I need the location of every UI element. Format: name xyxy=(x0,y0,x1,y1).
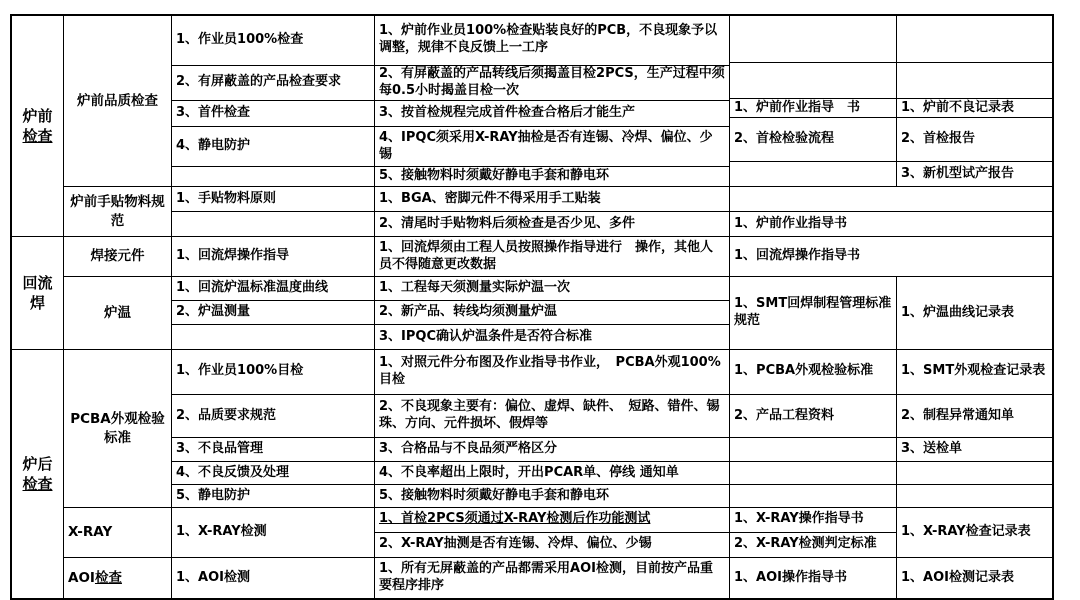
category-cell: 炉前手贴物料规范 xyxy=(64,187,172,236)
item-cell: 1、回流炉温标准温度曲线 xyxy=(172,277,374,301)
record-cell: 2、首检报告 xyxy=(897,118,1052,161)
desc-cell: 3、合格品与不良品须严格区分 xyxy=(375,438,729,462)
item-cell: 1、作业员100%检查 xyxy=(172,16,374,66)
item-column: 1、作业员100%目检 2、品质要求规范 3、不良品管理 4、不良反馈及处理 5… xyxy=(172,350,375,507)
desc-column: 1、工程每天须测量实际炉温一次 2、新产品、转线均须测量炉温 3、IPQC确认炉… xyxy=(375,277,730,349)
record-cell: 1、AOI检测记录表 xyxy=(897,558,1052,598)
item-cell: 4、不良反馈及处理 xyxy=(172,462,374,485)
desc-column: 1、BGA、密脚元件不得采用手工贴装 2、清尾时手贴物料后须检查是否少见、多件 xyxy=(375,187,730,236)
desc-column: 1、炉前作业员100%检查贴装良好的PCB，不良现象予以调整，规律不良反馈上一工… xyxy=(375,16,730,186)
item-cell: 3、不良品管理 xyxy=(172,438,374,462)
doc-column: 1、X-RAY操作指导书 2、X-RAY检测判定标准 xyxy=(730,508,897,557)
desc-cell: 2、不良现象主要有：偏位、虚焊、缺件、 短路、错件、锡珠、方向、元件损坏、假焊等 xyxy=(375,395,729,439)
section-pre-oven: 炉前 检查 炉前品质检查 1、作业员100%检查 2、有屏蔽盖的产品检查要求 3… xyxy=(12,16,1052,237)
band-xray: X-RAY 1、X-RAY检测 1、首检2PCS须通过X-RAY检测后作功能测试… xyxy=(64,508,1052,558)
record-cell xyxy=(897,63,1052,99)
section-bands: PCBA外观检验标准 1、作业员100%目检 2、品质要求规范 3、不良品管理 … xyxy=(64,350,1052,598)
section-bands: 焊接元件 1、回流焊操作指导 1、回流焊须由工程人员按照操作指导进行 操作，其他… xyxy=(64,237,1052,349)
item-cell: 2、品质要求规范 xyxy=(172,395,374,439)
desc-cell: 4、不良率超出上限时，开出PCAR单、停线 通知单 xyxy=(375,462,729,485)
desc-cell: 4、IPQC须采用X-RAY抽检是否有连锡、冷焊、偏位、少锡 xyxy=(375,127,729,167)
stage-cell-pre-oven: 炉前 检查 xyxy=(12,16,64,236)
desc-cell: 2、清尾时手贴物料后须检查是否少见、多件 xyxy=(375,212,729,236)
desc-cell: 5、接触物料时须戴好静电手套和静电环 xyxy=(375,485,729,507)
qc-inspection-table: 炉前 检查 炉前品质检查 1、作业员100%检查 2、有屏蔽盖的产品检查要求 3… xyxy=(10,14,1054,600)
item-cell: 4、静电防护 xyxy=(172,127,374,167)
desc-cell: 5、接触物料时须戴好静电手套和静电环 xyxy=(375,167,729,186)
item-cell xyxy=(172,325,374,349)
doc-record-merged-cell: 1、回流焊操作指导书 xyxy=(730,237,1052,276)
item-cell: 5、静电防护 xyxy=(172,485,374,507)
desc-cell: 3、IPQC确认炉温条件是否符合标准 xyxy=(375,325,729,349)
stage-label-line1: 回流 xyxy=(22,273,52,293)
item-cell: 1、作业员100%目检 xyxy=(172,350,374,395)
stage-label-line2: 检查 xyxy=(22,126,52,146)
doc-record-columns: 1、炉前作业指导书 xyxy=(730,187,1052,236)
record-cell: 1、炉温曲线记录表 xyxy=(897,277,1052,349)
item-column: 1、作业员100%检查 2、有屏蔽盖的产品检查要求 3、首件检查 4、静电防护 xyxy=(172,16,375,186)
doc-cell xyxy=(730,162,897,186)
record-cell: 1、X-RAY检查记录表 xyxy=(897,508,1052,557)
record-cell: 3、送检单 xyxy=(897,438,1052,461)
doc-record-columns: 1、AOI操作指导书 1、AOI检测记录表 xyxy=(730,558,1052,598)
item-cell xyxy=(172,167,374,186)
record-cell: 1、SMT外观检查记录表 xyxy=(897,350,1052,394)
doc-cell xyxy=(730,438,897,461)
item-cell: 1、X-RAY检测 xyxy=(172,508,375,557)
band-pre-oven-quality: 炉前品质检查 1、作业员100%检查 2、有屏蔽盖的产品检查要求 3、首件检查 … xyxy=(64,16,1052,187)
item-column: 1、手贴物料原则 xyxy=(172,187,375,236)
item-cell: 1、回流焊操作指导 xyxy=(172,237,375,276)
doc-cell xyxy=(730,63,897,99)
band-oven-temperature: 炉温 1、回流炉温标准温度曲线 2、炉温测量 1、工程每天须测量实际炉温一次 2… xyxy=(64,277,1052,349)
band-hand-placement: 炉前手贴物料规范 1、手贴物料原则 1、BGA、密脚元件不得采用手工贴装 2、清… xyxy=(64,187,1052,236)
doc-cell: 1、AOI操作指导书 xyxy=(730,558,897,598)
stage-label-line2: 检查 xyxy=(22,474,52,494)
record-cell: 1、炉前不良记录表 xyxy=(897,99,1052,117)
item-column: 1、回流炉温标准温度曲线 2、炉温测量 xyxy=(172,277,375,349)
record-cell xyxy=(897,462,1052,484)
category-cell: PCBA外观检验标准 xyxy=(64,350,172,507)
band-aoi: AOI检查 1、AOI检测 1、所有无屏蔽盖的产品都需采用AOI检测，目前按产品… xyxy=(64,558,1052,598)
doc-cell xyxy=(730,485,897,507)
section-reflow: 回流 焊 焊接元件 1、回流焊操作指导 1、回流焊须由工程人员按照操作指导进行 … xyxy=(12,237,1052,350)
desc-cell: 2、新产品、转线均须测量炉温 xyxy=(375,301,729,325)
doc-record-merged-cell xyxy=(730,187,1052,211)
desc-cell: 1、首检2PCS须通过X-RAY检测后作功能测试 xyxy=(375,508,729,533)
desc-cell: 1、所有无屏蔽盖的产品都需采用AOI检测，目前按产品重要程序排序 xyxy=(375,558,730,598)
doc-cell xyxy=(730,16,897,62)
doc-cell: 2、X-RAY检测判定标准 xyxy=(730,533,896,557)
category-cell: 炉前品质检查 xyxy=(64,16,172,186)
band-solder-components: 焊接元件 1、回流焊操作指导 1、回流焊须由工程人员按照操作指导进行 操作，其他… xyxy=(64,237,1052,277)
item-cell: 2、炉温测量 xyxy=(172,301,374,325)
category-label-prefix: AOI xyxy=(68,569,95,587)
category-cell: 炉温 xyxy=(64,277,172,349)
record-cell: 2、制程异常通知单 xyxy=(897,395,1052,438)
category-cell: 焊接元件 xyxy=(64,237,172,276)
desc-cell: 1、BGA、密脚元件不得采用手工贴装 xyxy=(375,187,729,212)
band-pcba-visual-inspection: PCBA外观检验标准 1、作业员100%目检 2、品质要求规范 3、不良品管理 … xyxy=(64,350,1052,508)
item-cell: 2、有屏蔽盖的产品检查要求 xyxy=(172,66,374,101)
category-label-underlined: 检查 xyxy=(95,569,122,587)
category-cell: X-RAY xyxy=(64,508,172,557)
desc-column: 1、首检2PCS须通过X-RAY检测后作功能测试 2、X-RAY抽测是否有连锡、… xyxy=(375,508,730,557)
desc-cell: 1、回流焊须由工程人员按照操作指导进行 操作，其他人员不得随意更改数据 xyxy=(375,237,730,276)
doc-cell xyxy=(730,462,897,484)
doc-record-columns: 1、PCBA外观检验标准 1、SMT外观检查记录表 2、产品工程资料 2、制程异… xyxy=(730,350,1052,507)
item-cell: 1、AOI检测 xyxy=(172,558,375,598)
item-cell: 1、手贴物料原则 xyxy=(172,187,374,212)
doc-cell: 1、SMT回焊制程管理标准规范 xyxy=(730,277,897,349)
item-cell: 3、首件检查 xyxy=(172,101,374,128)
desc-cell: 1、对照元件分布图及作业指导书作业， PCBA外观100%目检 xyxy=(375,350,729,395)
doc-cell: 1、炉前作业指导 书 xyxy=(730,99,897,117)
doc-cell: 2、产品工程资料 xyxy=(730,395,897,438)
section-bands: 炉前品质检查 1、作业员100%检查 2、有屏蔽盖的产品检查要求 3、首件检查 … xyxy=(64,16,1052,236)
record-cell xyxy=(897,485,1052,507)
stage-cell-post-oven: 炉后 检查 xyxy=(12,350,64,598)
stage-cell-reflow: 回流 焊 xyxy=(12,237,64,349)
desc-cell: 3、按首检规程完成首件检查合格后才能生产 xyxy=(375,101,729,128)
desc-cell: 2、X-RAY抽测是否有连锡、冷焊、偏位、少锡 xyxy=(375,533,729,557)
desc-cell: 1、炉前作业员100%检查贴装良好的PCB，不良现象予以调整，规律不良反馈上一工… xyxy=(375,16,729,66)
desc-cell: 1、工程每天须测量实际炉温一次 xyxy=(375,277,729,301)
doc-cell: 1、X-RAY操作指导书 xyxy=(730,508,896,533)
desc-cell: 2、有屏蔽盖的产品转线后须揭盖目检2PCS，生产过程中须每0.5小时揭盖目检一次 xyxy=(375,66,729,101)
item-cell xyxy=(172,212,374,236)
record-cell xyxy=(897,16,1052,62)
stage-label-line2: 焊 xyxy=(30,293,45,313)
stage-label-line1: 炉后 xyxy=(22,454,52,474)
doc-cell: 2、首检检验流程 xyxy=(730,118,897,161)
doc-record-merged-cell: 1、炉前作业指导书 xyxy=(730,212,1052,236)
stage-label-line1: 炉前 xyxy=(22,106,52,126)
doc-record-columns: 1、炉前作业指导 书 1、炉前不良记录表 2、首检检验流程 2、首检报告 3、新… xyxy=(730,16,1052,186)
doc-record-columns: 1、SMT回焊制程管理标准规范 1、炉温曲线记录表 xyxy=(730,277,1052,349)
desc-column: 1、对照元件分布图及作业指导书作业， PCBA外观100%目检 2、不良现象主要… xyxy=(375,350,730,507)
section-post-oven: 炉后 检查 PCBA外观检验标准 1、作业员100%目检 2、品质要求规范 3、… xyxy=(12,350,1052,598)
doc-cell: 1、PCBA外观检验标准 xyxy=(730,350,897,394)
record-cell: 3、新机型试产报告 xyxy=(897,162,1052,186)
category-cell: AOI检查 xyxy=(64,558,172,598)
doc-record-columns: 1、X-RAY操作指导书 2、X-RAY检测判定标准 1、X-RAY检查记录表 xyxy=(730,508,1052,557)
